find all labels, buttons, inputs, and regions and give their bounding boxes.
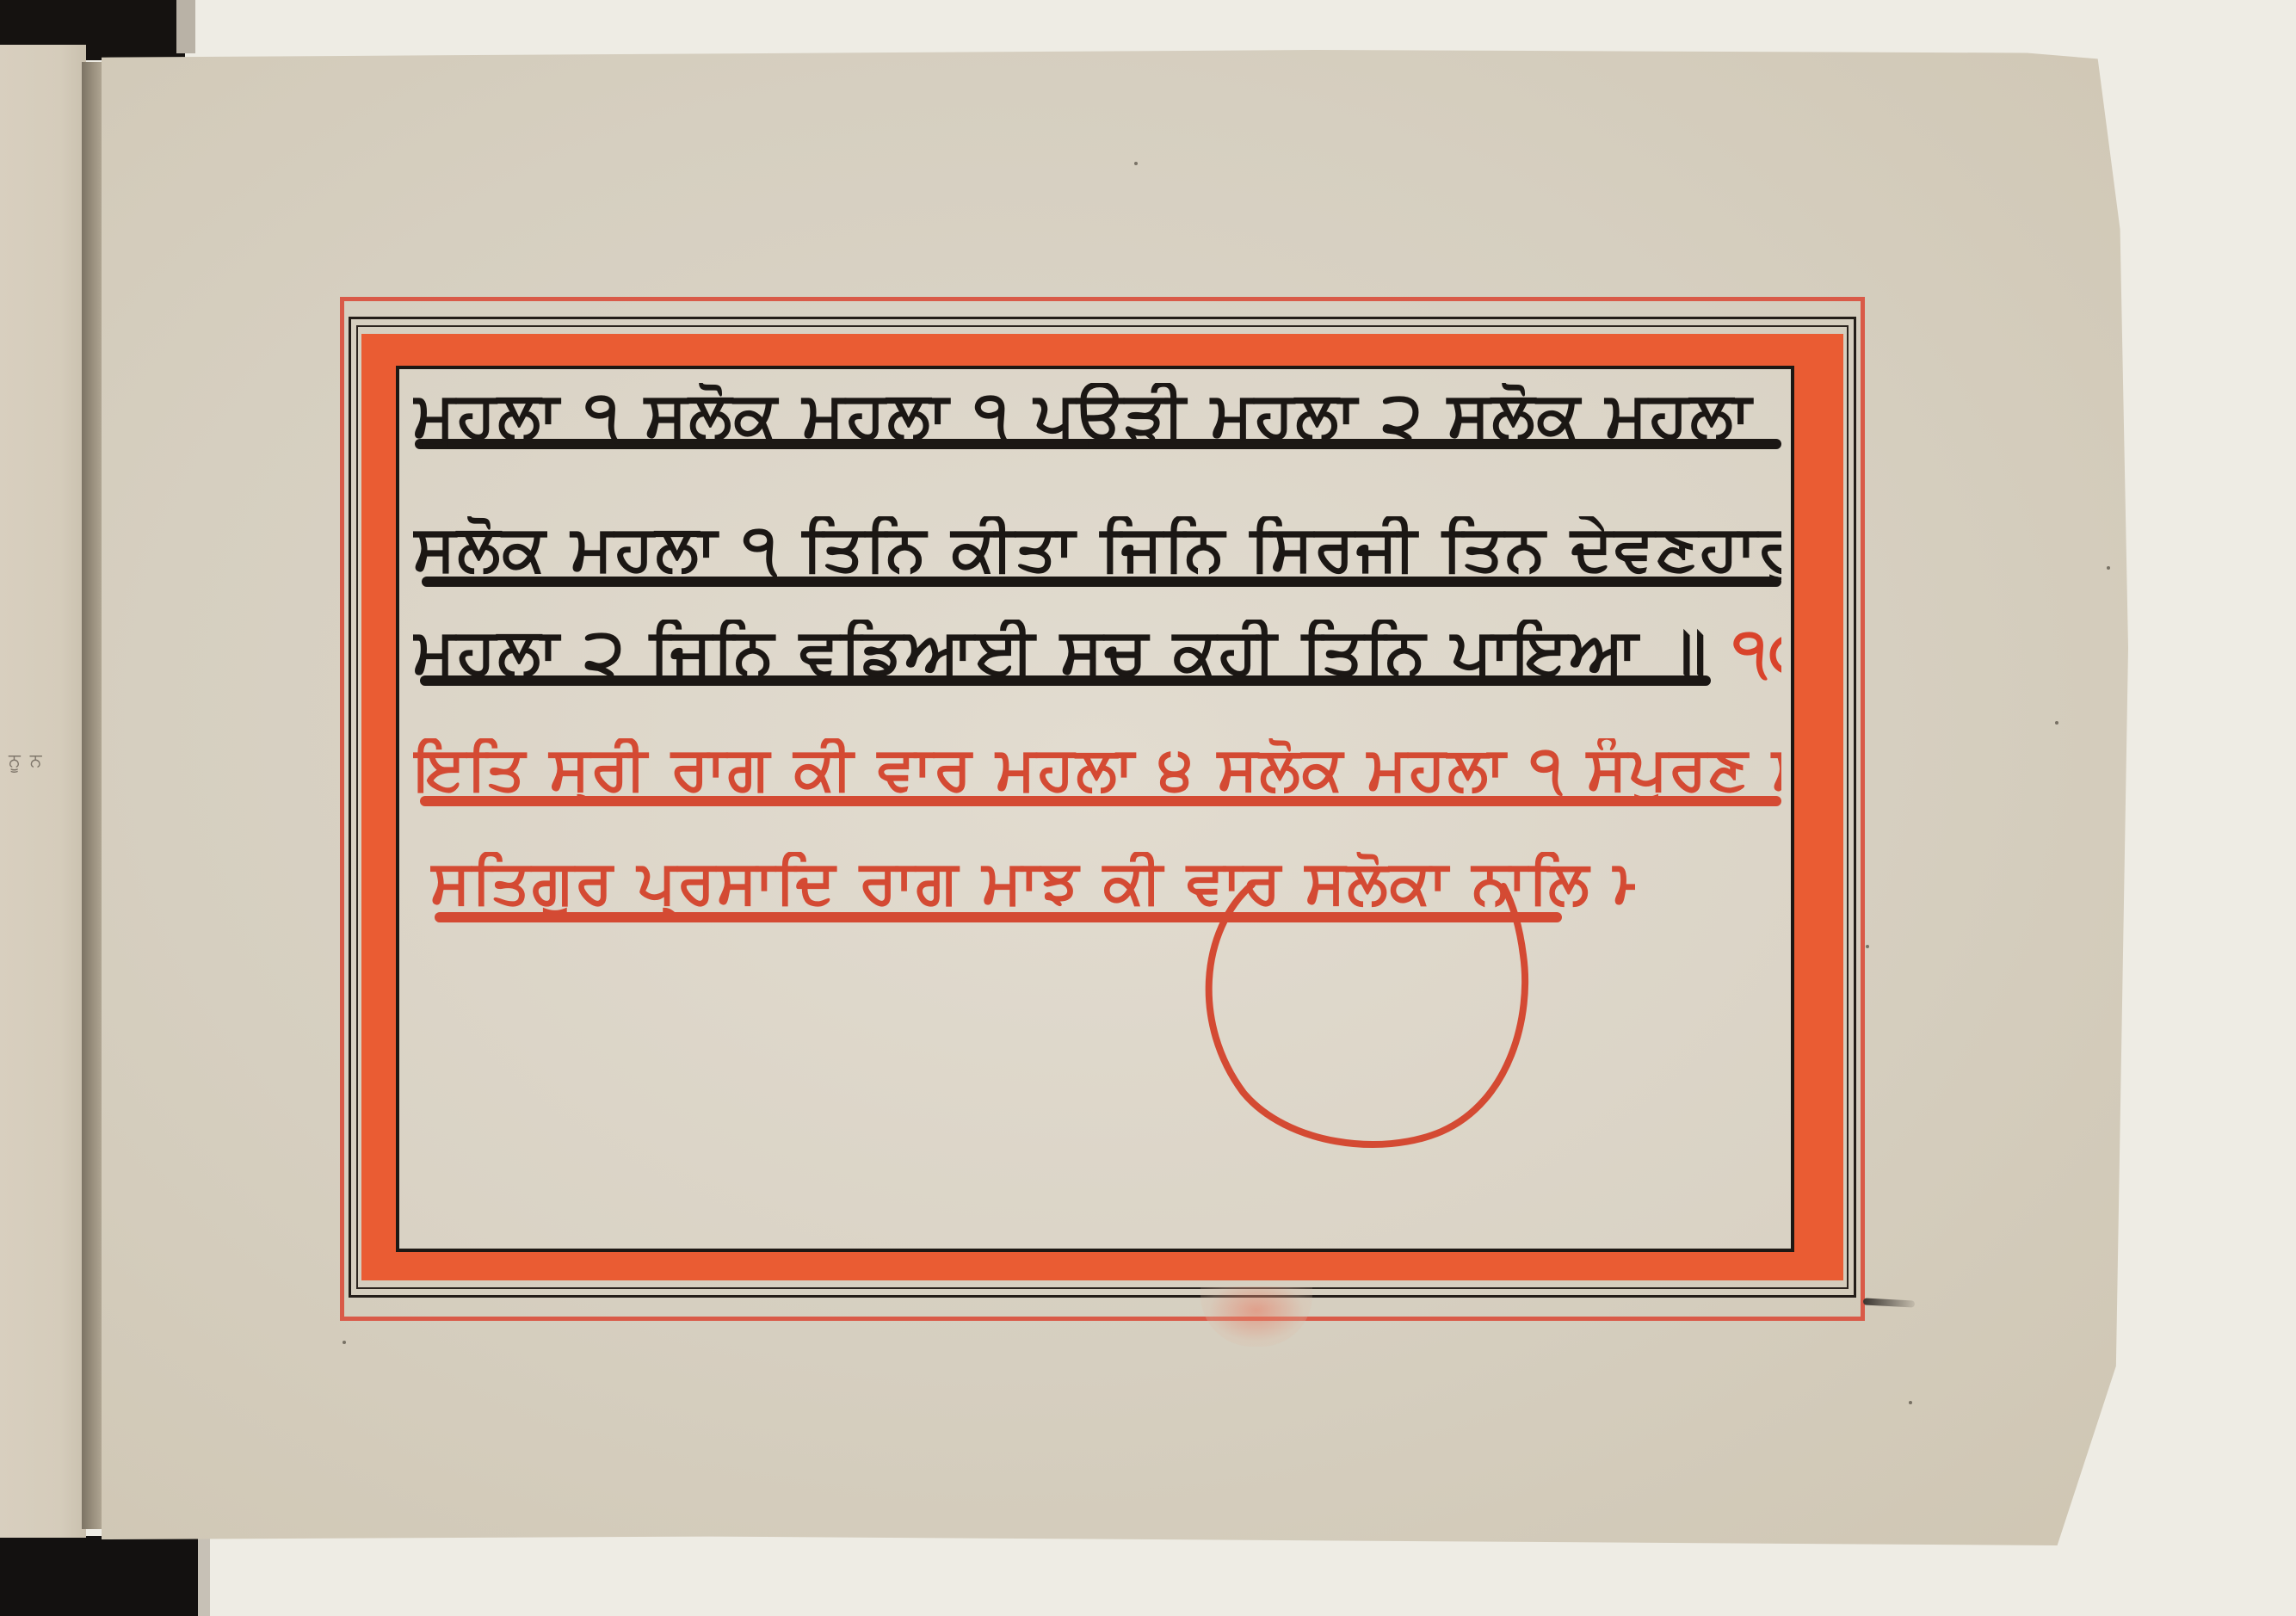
paper-speck [1909,1401,1912,1404]
text-line-2-content: ਸਲੋਕ ਮਹਲਾ ੧ ਤਿਨਿ ਕੀਤਾ ਜਿਨਿ ਸਿਰਜੀ ਤਿਨ ਦੇਵ… [413,516,1781,580]
text-line-4-rubric: ਇਤਿ ਸ੍ਰੀ ਰਾਗ ਕੀ ਵਾਰ ਮਹਲਾ ੪ ਸਲੋਕ ਮਹਲਾ ੧ ਸ… [413,738,1781,799]
paper-speck [1134,162,1138,165]
left-page-fragment: ਨੂ ਨ [0,45,86,1538]
text-line-2: ਸਲੋਕ ਮਹਲਾ ੧ ਤਿਨਿ ਕੀਤਾ ਜਿਨਿ ਸਿਰਜੀ ਤਿਨ ਦੇਵ… [413,516,1781,580]
paper-speck [2055,721,2058,725]
marginal-note: ਨੂ ਨ [9,750,44,772]
text-line-3: ਮਹਲਾ ੨ ਜਿਨਿ ਵਡਿਆਈ ਸਚੁ ਕਹੀ ਤਿਨਿ ਪਾਇਆ ॥ ੧੦ [413,620,1781,683]
binding-strip-bottom [198,1536,210,1616]
paper-speck [1866,945,1869,948]
text-line-1: ਮੁਹਲਾ ੧ ਸਲੋਕ ਮਹਲਾ ੧ ਪਉੜੀ ਮਹਲਾ ੨ ਸਲੋਕ ਮਹਲ… [413,383,1781,447]
text-panel [396,366,1794,1252]
paper-speck [2107,566,2110,570]
background-dark-bottom-left [0,1536,200,1616]
red-circle-drawing [1183,860,1545,1170]
text-line-1-content: ਮੁਹਲਾ ੧ ਸਲੋਕ ਮਹਲਾ ੧ ਪਉੜੀ ਮਹਲਾ ੨ ਸਲੋਕ ਮਹਲ… [413,383,1753,447]
text-line-4-content: ਇਤਿ ਸ੍ਰੀ ਰਾਗ ਕੀ ਵਾਰ ਮਹਲਾ ੪ ਸਲੋਕ ਮਹਲਾ ੧ ਸ… [413,738,1781,799]
verse-number: ੧੦ [1732,620,1781,683]
binding-strip [176,0,195,53]
paper-speck [343,1341,346,1344]
text-line-3-content: ਮਹਲਾ ੨ ਜਿਨਿ ਵਡਿਆਈ ਸਚੁ ਕਹੀ ਤਿਨਿ ਪਾਇਆ ॥ [413,620,1708,683]
